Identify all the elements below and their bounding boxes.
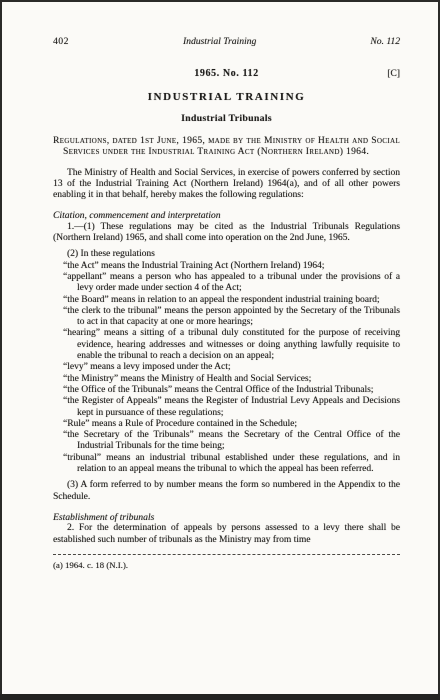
- section-heading-citation: Citation, commencement and interpretatio…: [53, 210, 400, 221]
- issue-number: No. 112: [370, 36, 400, 47]
- preamble-paragraph: Regulations, dated 1st June, 1965, made …: [53, 136, 400, 159]
- scan-bottom-bar: [0, 694, 440, 700]
- regulation-1-1: 1.—(1) These regulations may be cited as…: [53, 222, 400, 245]
- enacting-paragraph: The Ministry of Health and Social Servic…: [53, 168, 400, 202]
- document-title: INDUSTRIAL TRAINING: [53, 91, 400, 104]
- year-and-number: 1965. No. 112: [194, 68, 258, 79]
- definition-item: “the Ministry” means the Ministry of Hea…: [53, 374, 400, 385]
- definition-item: “the clerk to the tribunal” means the pe…: [53, 306, 400, 329]
- footnote-text: (a) 1964. c. 18 (N.I.).: [53, 560, 400, 570]
- page-number: 402: [53, 36, 69, 47]
- definition-item: “the Secretary of the Tribunals” means t…: [53, 430, 400, 453]
- definition-item: “the Act” means the Industrial Training …: [53, 261, 400, 272]
- scanned-document-page: 402 Industrial Training No. 112 1965. No…: [0, 0, 440, 700]
- definitions-list: “the Act” means the Industrial Training …: [53, 261, 400, 476]
- footnote-separator: [53, 554, 400, 555]
- regulation-1-3: (3) A form referred to by number means t…: [53, 480, 400, 503]
- document-subtitle: Industrial Tribunals: [53, 113, 400, 124]
- definition-item: “tribunal” means an industrial tribunal …: [53, 453, 400, 476]
- regulation-1-2-intro: (2) In these regulations: [53, 249, 400, 260]
- definition-item: “the Board” means in relation to an appe…: [53, 295, 400, 306]
- page-body: 402 Industrial Training No. 112 1965. No…: [0, 0, 440, 700]
- definition-item: “levy” means a levy imposed under the Ac…: [53, 362, 400, 373]
- regulation-2: 2. For the determination of appeals by p…: [53, 523, 400, 546]
- citation-line: 1965. No. 112 [C]: [53, 68, 400, 80]
- running-header: 402 Industrial Training No. 112: [53, 36, 400, 47]
- definition-item: “the Office of the Tribunals” means the …: [53, 385, 400, 396]
- running-title: Industrial Training: [183, 36, 256, 47]
- definition-item: “Rule” means a Rule of Procedure contain…: [53, 419, 400, 430]
- definition-item: “hearing” means a sitting of a tribunal …: [53, 328, 400, 362]
- section-heading-establishment: Establishment of tribunals: [53, 512, 400, 523]
- classification-mark: [C]: [387, 68, 400, 80]
- definition-item: “the Register of Appeals” means the Regi…: [53, 396, 400, 419]
- definition-item: “appellant” means a person who has appea…: [53, 272, 400, 295]
- document-text: Regulations, dated 1st June, 1965, made …: [53, 136, 400, 570]
